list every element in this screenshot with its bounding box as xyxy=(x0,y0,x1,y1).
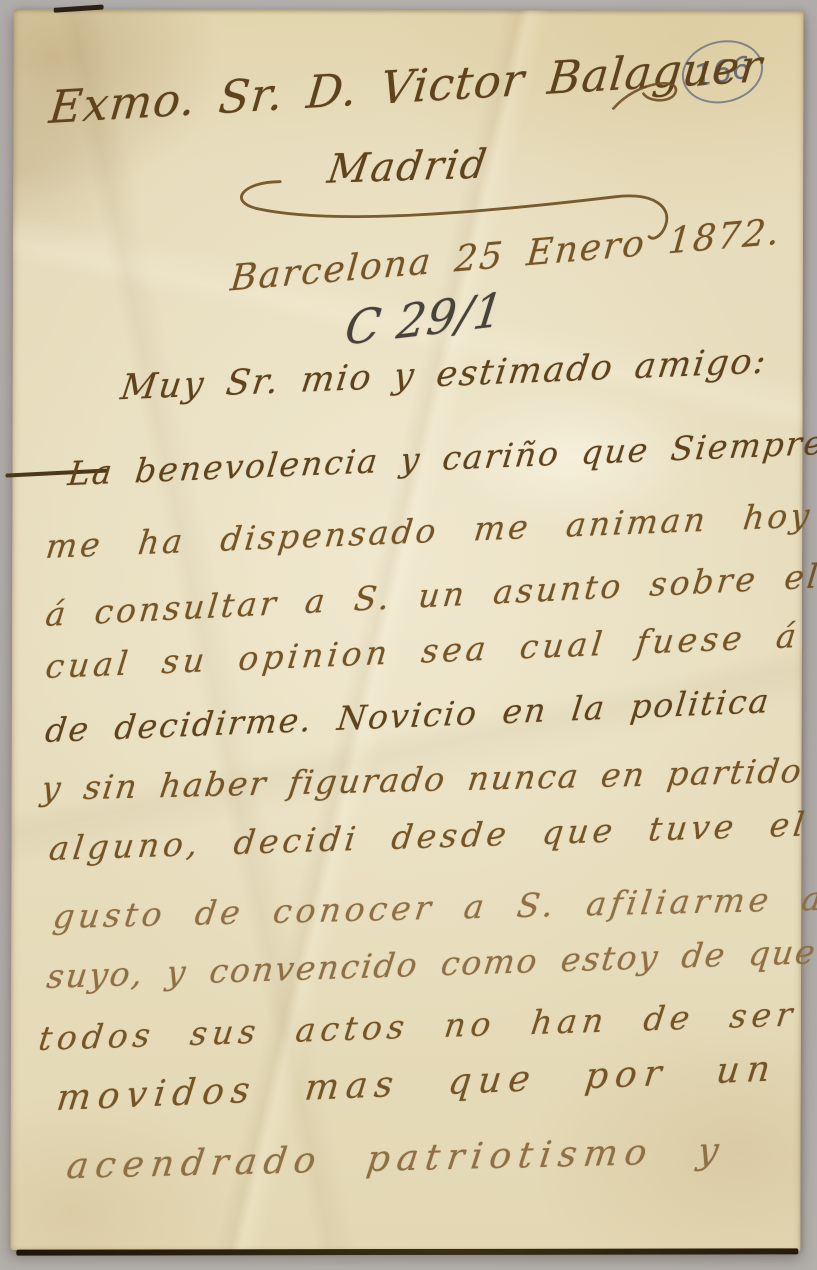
body-line-4: cual su opinion sea cual fuese á xyxy=(44,619,802,683)
body-line-12: acendrado patriotismo y xyxy=(65,1133,728,1185)
salutation: Muy Sr. mio y estimado amigo: xyxy=(119,344,770,406)
body-line-6: y sin haber figurado nunca en partido xyxy=(40,754,806,805)
body-line-8: gusto de conocer a S. afiliarme al xyxy=(51,881,817,933)
paper-top-edge-mark xyxy=(54,4,104,12)
body-line-2: me ha dispensado me animan hoy xyxy=(44,498,814,563)
scan-background: 166 Exmo. Sr. D. Victor Balaguer Madrid … xyxy=(0,0,817,1270)
registry-mark: C 29/1 xyxy=(343,286,507,352)
signature-curl-flourish xyxy=(609,73,699,117)
paper-bottom-edge xyxy=(16,1248,798,1255)
body-line-9: suyo, y convencido como estoy de que xyxy=(45,935,817,993)
body-line-7: alguno, decidi desde que tuve el xyxy=(47,807,810,865)
body-line-5: de decidirme. Novicio en la politica xyxy=(44,684,773,747)
body-line-10: todos sus actos no han de ser xyxy=(37,997,799,1055)
body-line-1: La benevolencia y cariño que Siempre xyxy=(66,426,817,490)
letter-page: 166 Exmo. Sr. D. Victor Balaguer Madrid … xyxy=(10,9,803,1252)
body-line-11: movidos mas que por un xyxy=(55,1051,779,1117)
